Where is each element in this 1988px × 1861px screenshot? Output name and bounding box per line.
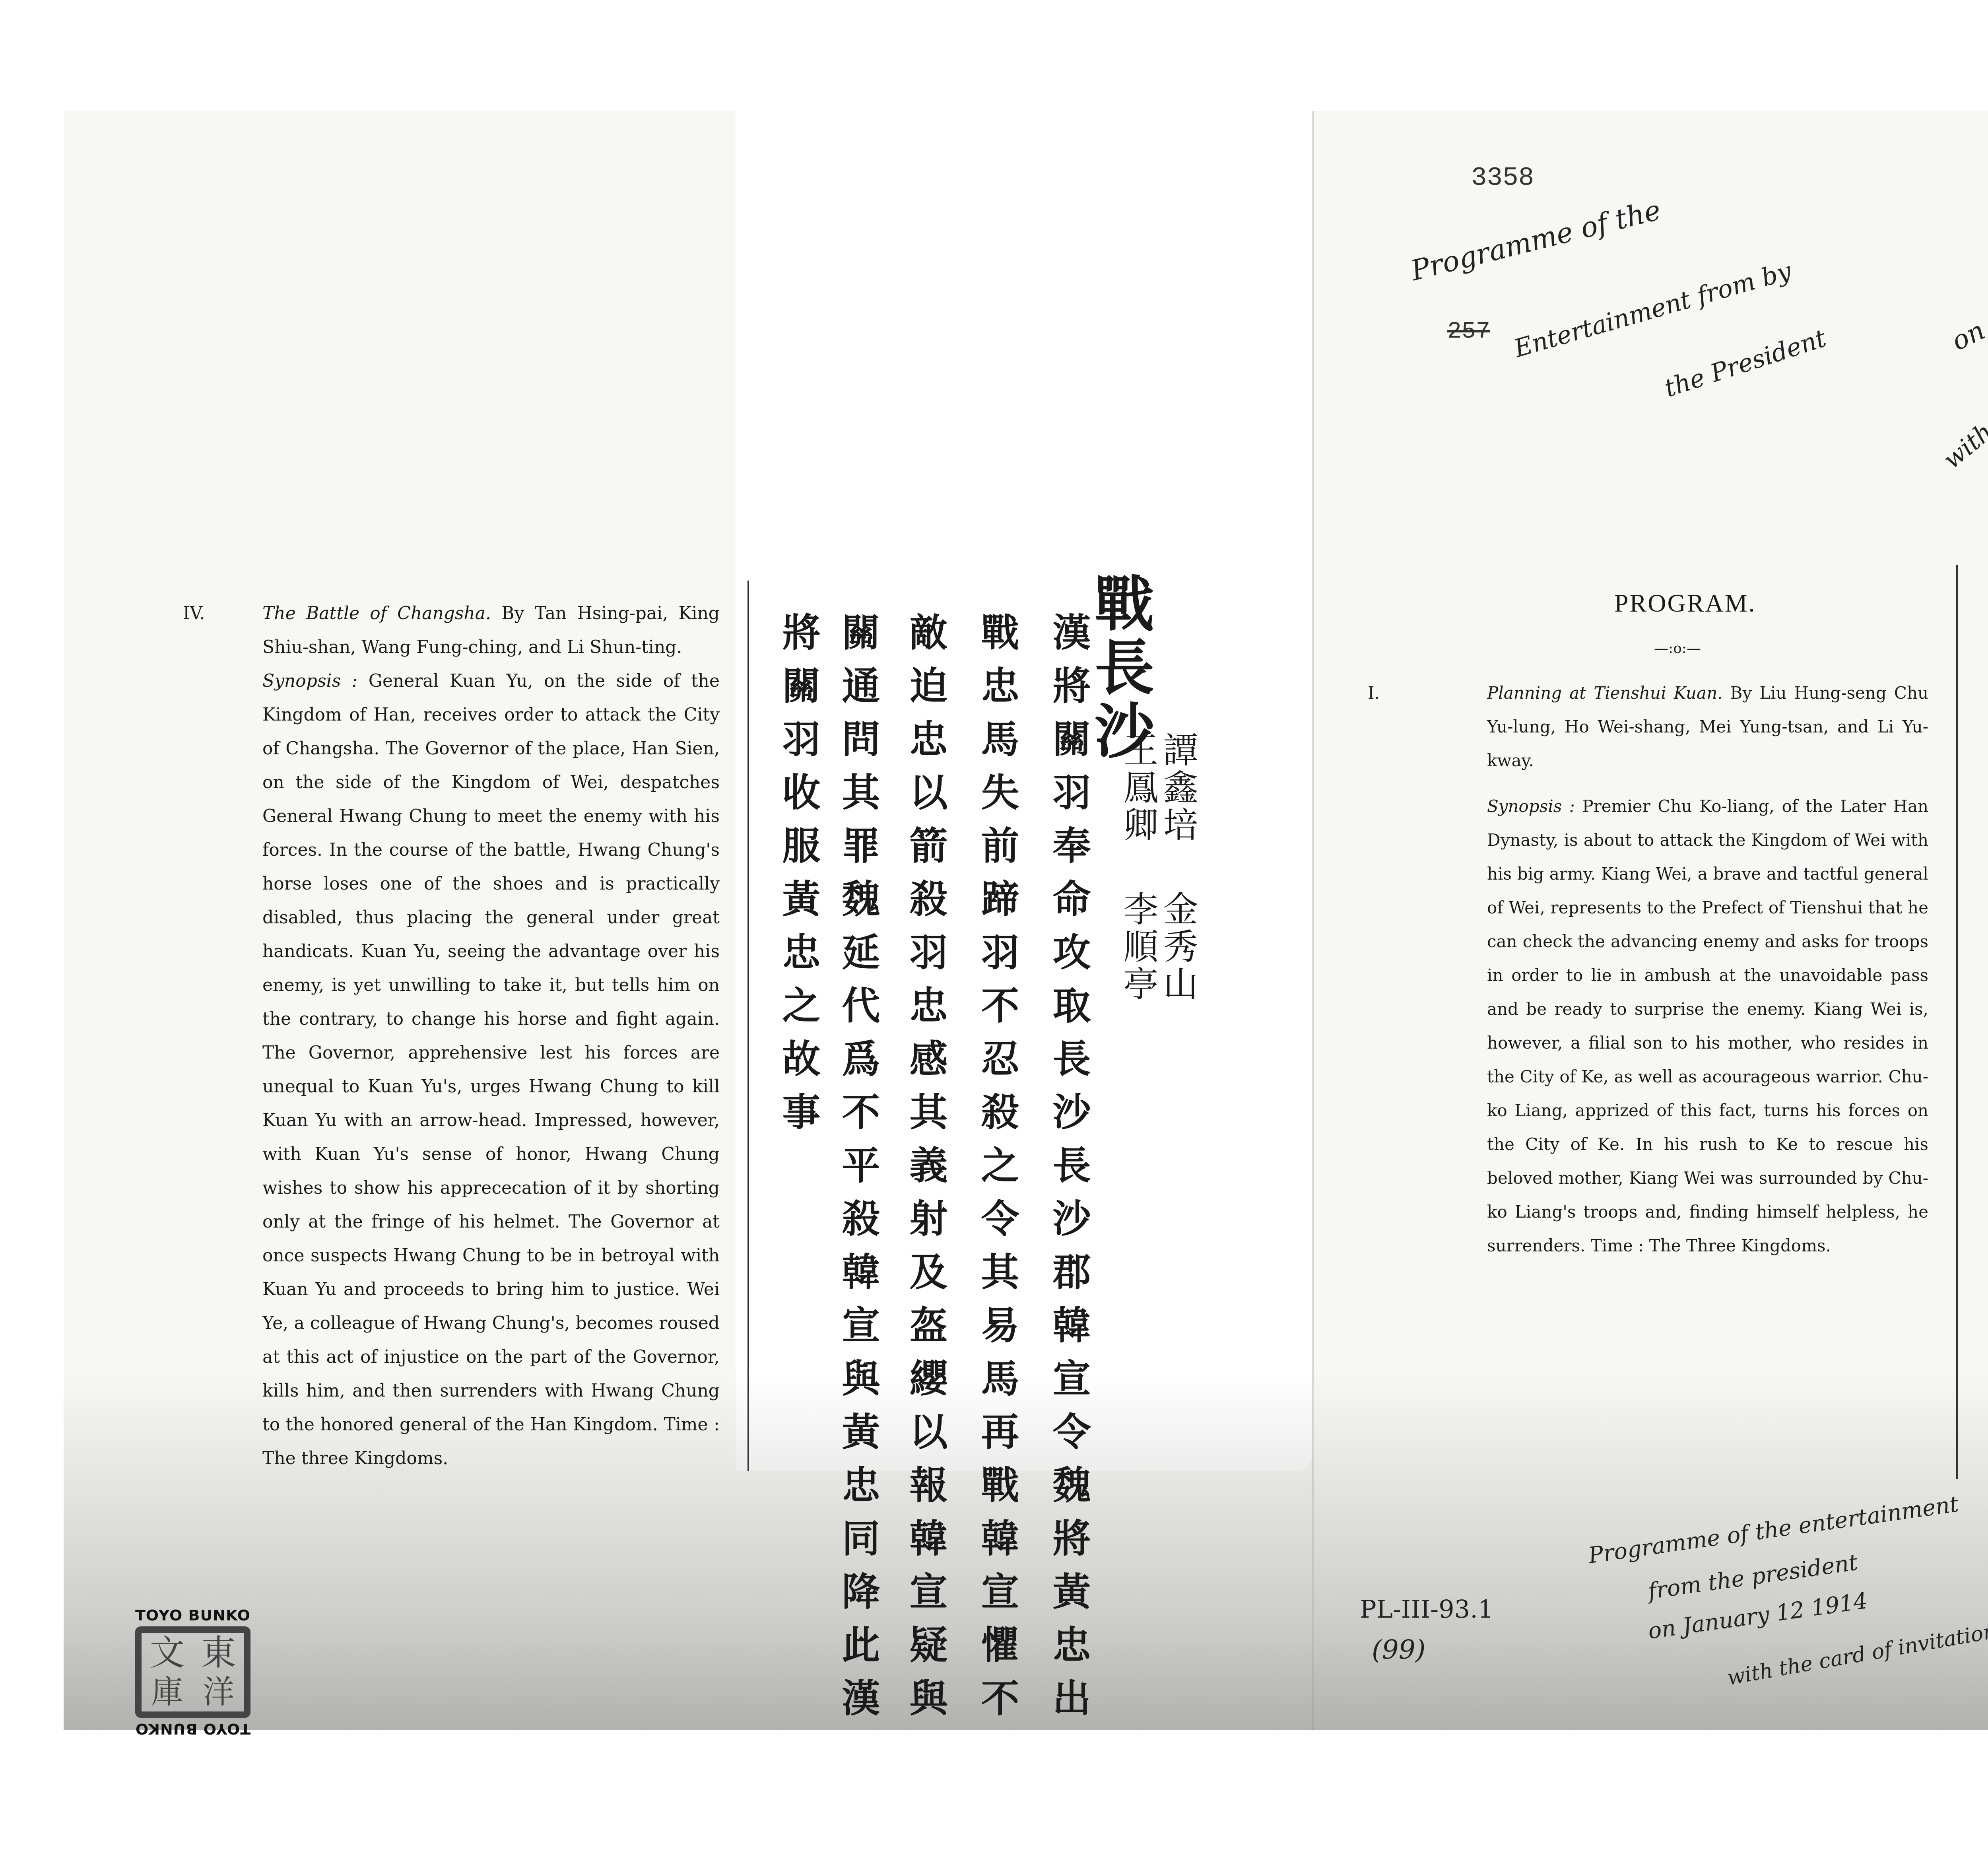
struck-number: 257	[1447, 318, 1490, 345]
changsha-column: 將關羽收服黃忠之故事	[779, 612, 817, 1145]
time-value: The three Kingdoms.	[262, 1448, 448, 1469]
synopsis-label: Synopsis :	[262, 671, 357, 691]
time-label: Time :	[1591, 1236, 1644, 1255]
toyo-bunko-seal-bottom-left: TOYO BUNKO 文 東 庫 洋 TOYO BUNKO	[127, 1607, 258, 1742]
seal-bottom-text: TOYO BUNKO	[127, 1720, 258, 1738]
item-number: I.	[1427, 676, 1487, 710]
item-title: Planning at Tienshui Kuan.	[1487, 683, 1723, 703]
shelf-mark: PL-III-93.1	[1360, 1595, 1493, 1624]
performer-name: 譚鑫培	[1157, 732, 1199, 844]
performer-name: 金秀山	[1157, 891, 1199, 1003]
changsha-column: 戰忠馬失前蹄羽不忍殺之令其易馬再戰韓宣懼不	[978, 612, 1016, 1731]
synopsis-label: Synopsis :	[1487, 796, 1575, 816]
page-mark-left: (99)	[1372, 1634, 1425, 1665]
synopsis-text: General Kuan Yu, on the side of the King…	[262, 671, 720, 1435]
changsha-card	[736, 111, 1312, 1471]
time-label: Time :	[664, 1414, 720, 1435]
item-number: IV.	[223, 596, 262, 630]
changsha-column: 漢將關羽奉命攻取長沙長沙郡韓宣令魏將黃忠出	[1050, 612, 1088, 1731]
seal-characters: 文 東 庫 洋	[135, 1626, 250, 1718]
program-heading: PROGRAM.	[1614, 589, 1756, 618]
seal-top-text: TOYO BUNKO	[127, 1607, 258, 1624]
performer-name: 王鳳卿	[1117, 732, 1159, 844]
changsha-column: 關通問其罪魏延代爲不平殺韓宣與黃忠同降此漢	[839, 612, 877, 1731]
time-value: The Three Kingdoms.	[1649, 1236, 1831, 1255]
changsha-column: 敵迫忠以箭殺羽忠感其義射及盔纓以報韓宣疑與	[907, 612, 945, 1731]
ornament: —:o:—	[1654, 640, 1701, 657]
item-iv-text: IV.The Battle of Changsha. By Tan Hsing-…	[223, 596, 720, 1475]
catalog-number: 3358	[1471, 163, 1534, 193]
column-divider	[747, 581, 749, 1471]
performer-name: 李順亭	[1117, 891, 1159, 1003]
synopsis-text: Premier Chu Ko-liang, of the Later Han D…	[1487, 796, 1928, 1255]
item-i-text: I.Planning at Tienshui Kuan. By Liu Hung…	[1427, 676, 1928, 1263]
item-title: The Battle of Changsha.	[262, 603, 491, 624]
column-divider	[1956, 565, 1958, 1479]
